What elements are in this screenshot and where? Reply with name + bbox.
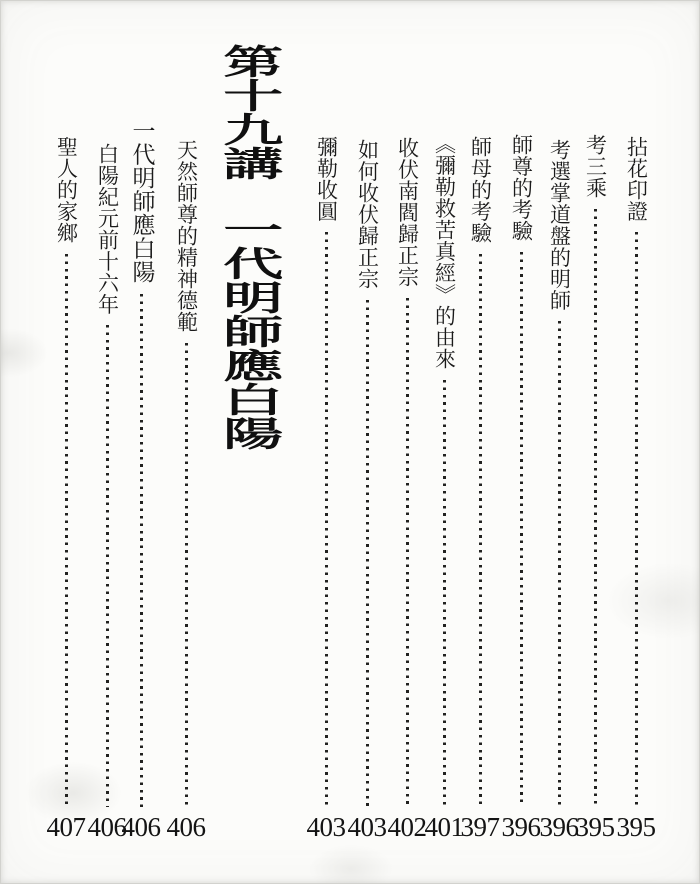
toc-entry-page-number: 402 [388,814,427,841]
dotted-leader [443,380,446,808]
toc-entry-title: 天然師尊的精神德範 [176,139,197,333]
toc-entry: 如何收伏歸正宗 403 [345,139,389,841]
toc-entry-title: 一代明師應白陽 [130,119,153,284]
dotted-leader [325,232,328,807]
toc-entry-page-number: 403 [348,814,387,841]
dotted-leader [406,298,409,808]
toc-entry-title: 白陽紀元前十六年 [97,143,118,315]
dotted-leader [520,252,523,808]
toc-entry-page-number: 401 [425,814,464,841]
toc-entry-page-number: 396 [502,814,541,841]
dotted-leader [106,325,109,807]
scanned-toc-page: 第十九講一代明師應白陽 拈花印證 395 考三乘 395 考選掌道盤的明師 39… [0,0,700,884]
toc-entry-page-number: 397 [461,814,500,841]
toc-entry: 白陽紀元前十六年 406 [85,143,129,841]
toc-entry-title: 彌勒收圓 [316,136,337,222]
toc-entry-title: 考三乘 [585,134,606,199]
dotted-leader [594,209,597,808]
toc-entry: 考選掌道盤的明師 396 [537,139,581,841]
dotted-leader [185,343,188,808]
dotted-leader [479,254,482,808]
toc-entry-page-number: 395 [576,814,615,841]
toc-entry-page-number: 406 [167,814,206,841]
toc-entry-title: 《彌勒救苦真經》的由來 [434,133,455,370]
dotted-leader [366,300,369,808]
toc-entry-title: 聖人的家鄉 [56,136,77,244]
dotted-leader [635,232,638,807]
toc-entry-title: 師母的考驗 [470,136,491,244]
toc-entry-title: 考選掌道盤的明師 [549,139,570,311]
toc-entry-page-number: 396 [540,814,579,841]
toc-entry: 彌勒收圓 403 [304,136,348,841]
toc-entry: 師尊的考驗 396 [499,134,543,841]
toc-entry-page-number: 403 [307,814,346,841]
dotted-leader [65,254,68,808]
toc-entry-title: 師尊的考驗 [511,134,532,242]
dotted-leader [558,321,561,807]
toc-entry: 拈花印證 395 [614,136,658,841]
toc-entry-title: 如何收伏歸正宗 [357,139,378,290]
toc-entry: 聖人的家鄉 407 [44,136,88,841]
toc-entry-page-number: 406 [88,814,127,841]
chapter-number: 第十九講 [214,44,283,180]
dotted-leader [140,294,143,808]
toc-entry-page-number: 407 [47,814,86,841]
toc-entry: 天然師尊的精神德範 406 [164,139,208,841]
toc-entry: 收伏南閻歸正宗 402 [385,137,429,841]
toc-entry-title: 收伏南閻歸正宗 [397,137,418,288]
toc-entry-page-number: 395 [617,814,656,841]
chapter-heading: 第十九講一代明師應白陽 [218,44,278,450]
toc-entry-title: 拈花印證 [626,136,647,222]
chapter-title: 一代明師應白陽 [214,212,283,450]
